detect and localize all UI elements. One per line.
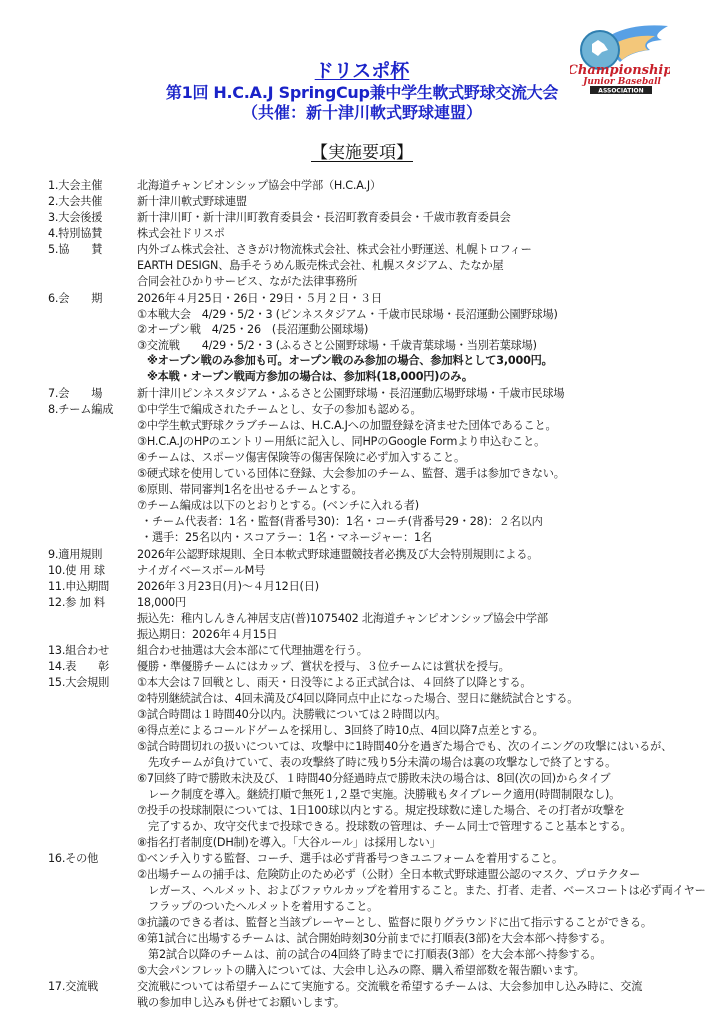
svg-text:Junior Baseball: Junior Baseball (581, 77, 661, 87)
svg-text:Championship: Championship (570, 63, 670, 78)
cohost-line: （共催：新十津川軟式野球連盟） (0, 100, 724, 123)
svg-text:ASSOCIATION: ASSOCIATION (598, 88, 643, 95)
association-logo-icon: Championship Junior Baseball ASSOCIATION (570, 22, 670, 94)
section-heading: 【実施要項】 (0, 138, 724, 163)
